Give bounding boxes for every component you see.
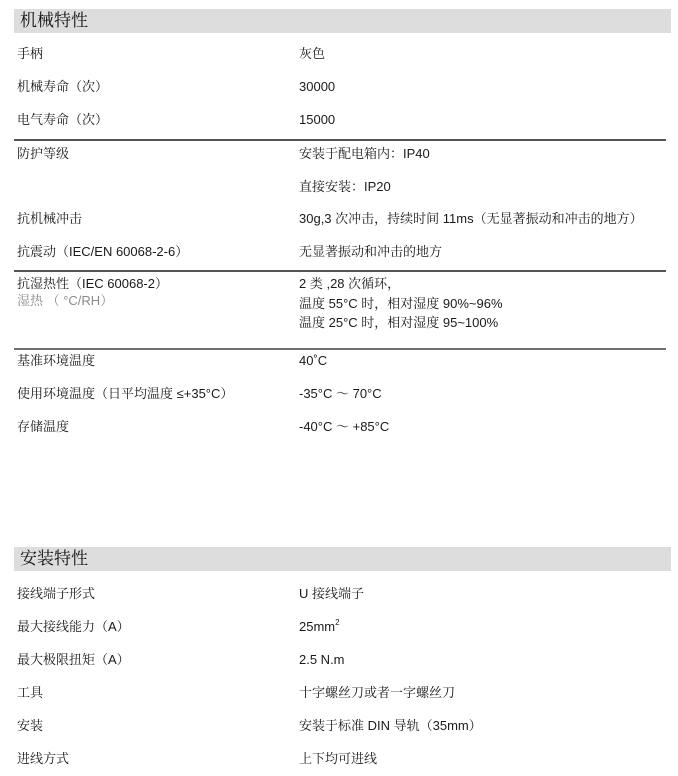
section-title: 安装特性 [20, 548, 88, 570]
divider [14, 270, 666, 272]
row-label-terminal: 接线端子形式 [17, 585, 95, 603]
row-value-tool: 十字螺丝刀或者一字螺丝刀 [299, 684, 455, 702]
row-value-incoming: 上下均可进线 [299, 750, 377, 768]
row-value-torque: 2.5 N.m [299, 651, 345, 669]
row-value-handle: 灰色 [299, 45, 325, 63]
superscript: 2 [335, 618, 339, 627]
row-value-mech-life: 30000 [299, 78, 335, 96]
row-label-incoming: 进线方式 [17, 750, 69, 768]
row-label-storage-temp: 存储温度 [17, 418, 69, 436]
row-value-mounting: 安装于标准 DIN 导轨（35mm） [299, 717, 482, 735]
row-value-elec-life: 15000 [299, 111, 335, 129]
row-label-shock: 抗机械冲击 [17, 210, 82, 228]
row-label-handle: 手柄 [17, 45, 43, 63]
divider [14, 348, 666, 350]
row-value-storage-temp: -40°C ～ +85°C [299, 418, 389, 436]
section-header-installation: 安装特性 [14, 547, 671, 571]
row-value-ref-temp: 40˚C [299, 352, 327, 370]
row-value-protection-1: 安装于配电箱内：IP40 [299, 145, 430, 163]
row-value-shock: 30g,3 次冲击，持续时间 11ms（无显著振动和冲击的地方） [299, 210, 643, 228]
row-value-terminal: U 接线端子 [299, 585, 364, 603]
section-title: 机械特性 [20, 10, 88, 32]
row-label-tool: 工具 [17, 684, 43, 702]
row-value-humidity-2: 温度 55°C 时，相对湿度 90%~96% [299, 295, 503, 313]
row-label-ref-temp: 基准环境温度 [17, 352, 95, 370]
row-value-humidity-1: 2 类 ,28 次循环， [299, 275, 400, 293]
row-value-protection-2: 直接安装：IP20 [299, 178, 391, 196]
divider [14, 139, 666, 141]
wiring-capacity-value: 25mm [299, 619, 335, 634]
row-value-humidity-3: 温度 25°C 时，相对湿度 95~100% [299, 314, 498, 332]
row-value-op-temp: -35°C ～ 70°C [299, 385, 382, 403]
row-label-torque: 最大极限扭矩（A） [17, 651, 130, 669]
row-value-vibration: 无显著振动和冲击的地方 [299, 243, 442, 261]
row-label-mounting: 安装 [17, 717, 43, 735]
row-label-wiring-capacity: 最大接线能力（A） [17, 618, 130, 636]
row-value-wiring-capacity: 25mm2 [299, 618, 340, 636]
row-label-elec-life: 电气寿命（次） [17, 111, 108, 129]
row-sublabel-humidity: 湿热 （ °C/RH） [17, 292, 113, 310]
row-label-humidity: 抗湿热性（IEC 60068-2） [17, 275, 168, 293]
row-label-op-temp: 使用环境温度（日平均温度 ≤+35°C） [17, 385, 233, 403]
row-label-vibration: 抗震动（IEC/EN 60068-2-6） [17, 243, 188, 261]
row-label-protection: 防护等级 [17, 145, 69, 163]
row-label-mech-life: 机械寿命（次） [17, 78, 108, 96]
section-header-mechanical: 机械特性 [14, 9, 671, 33]
